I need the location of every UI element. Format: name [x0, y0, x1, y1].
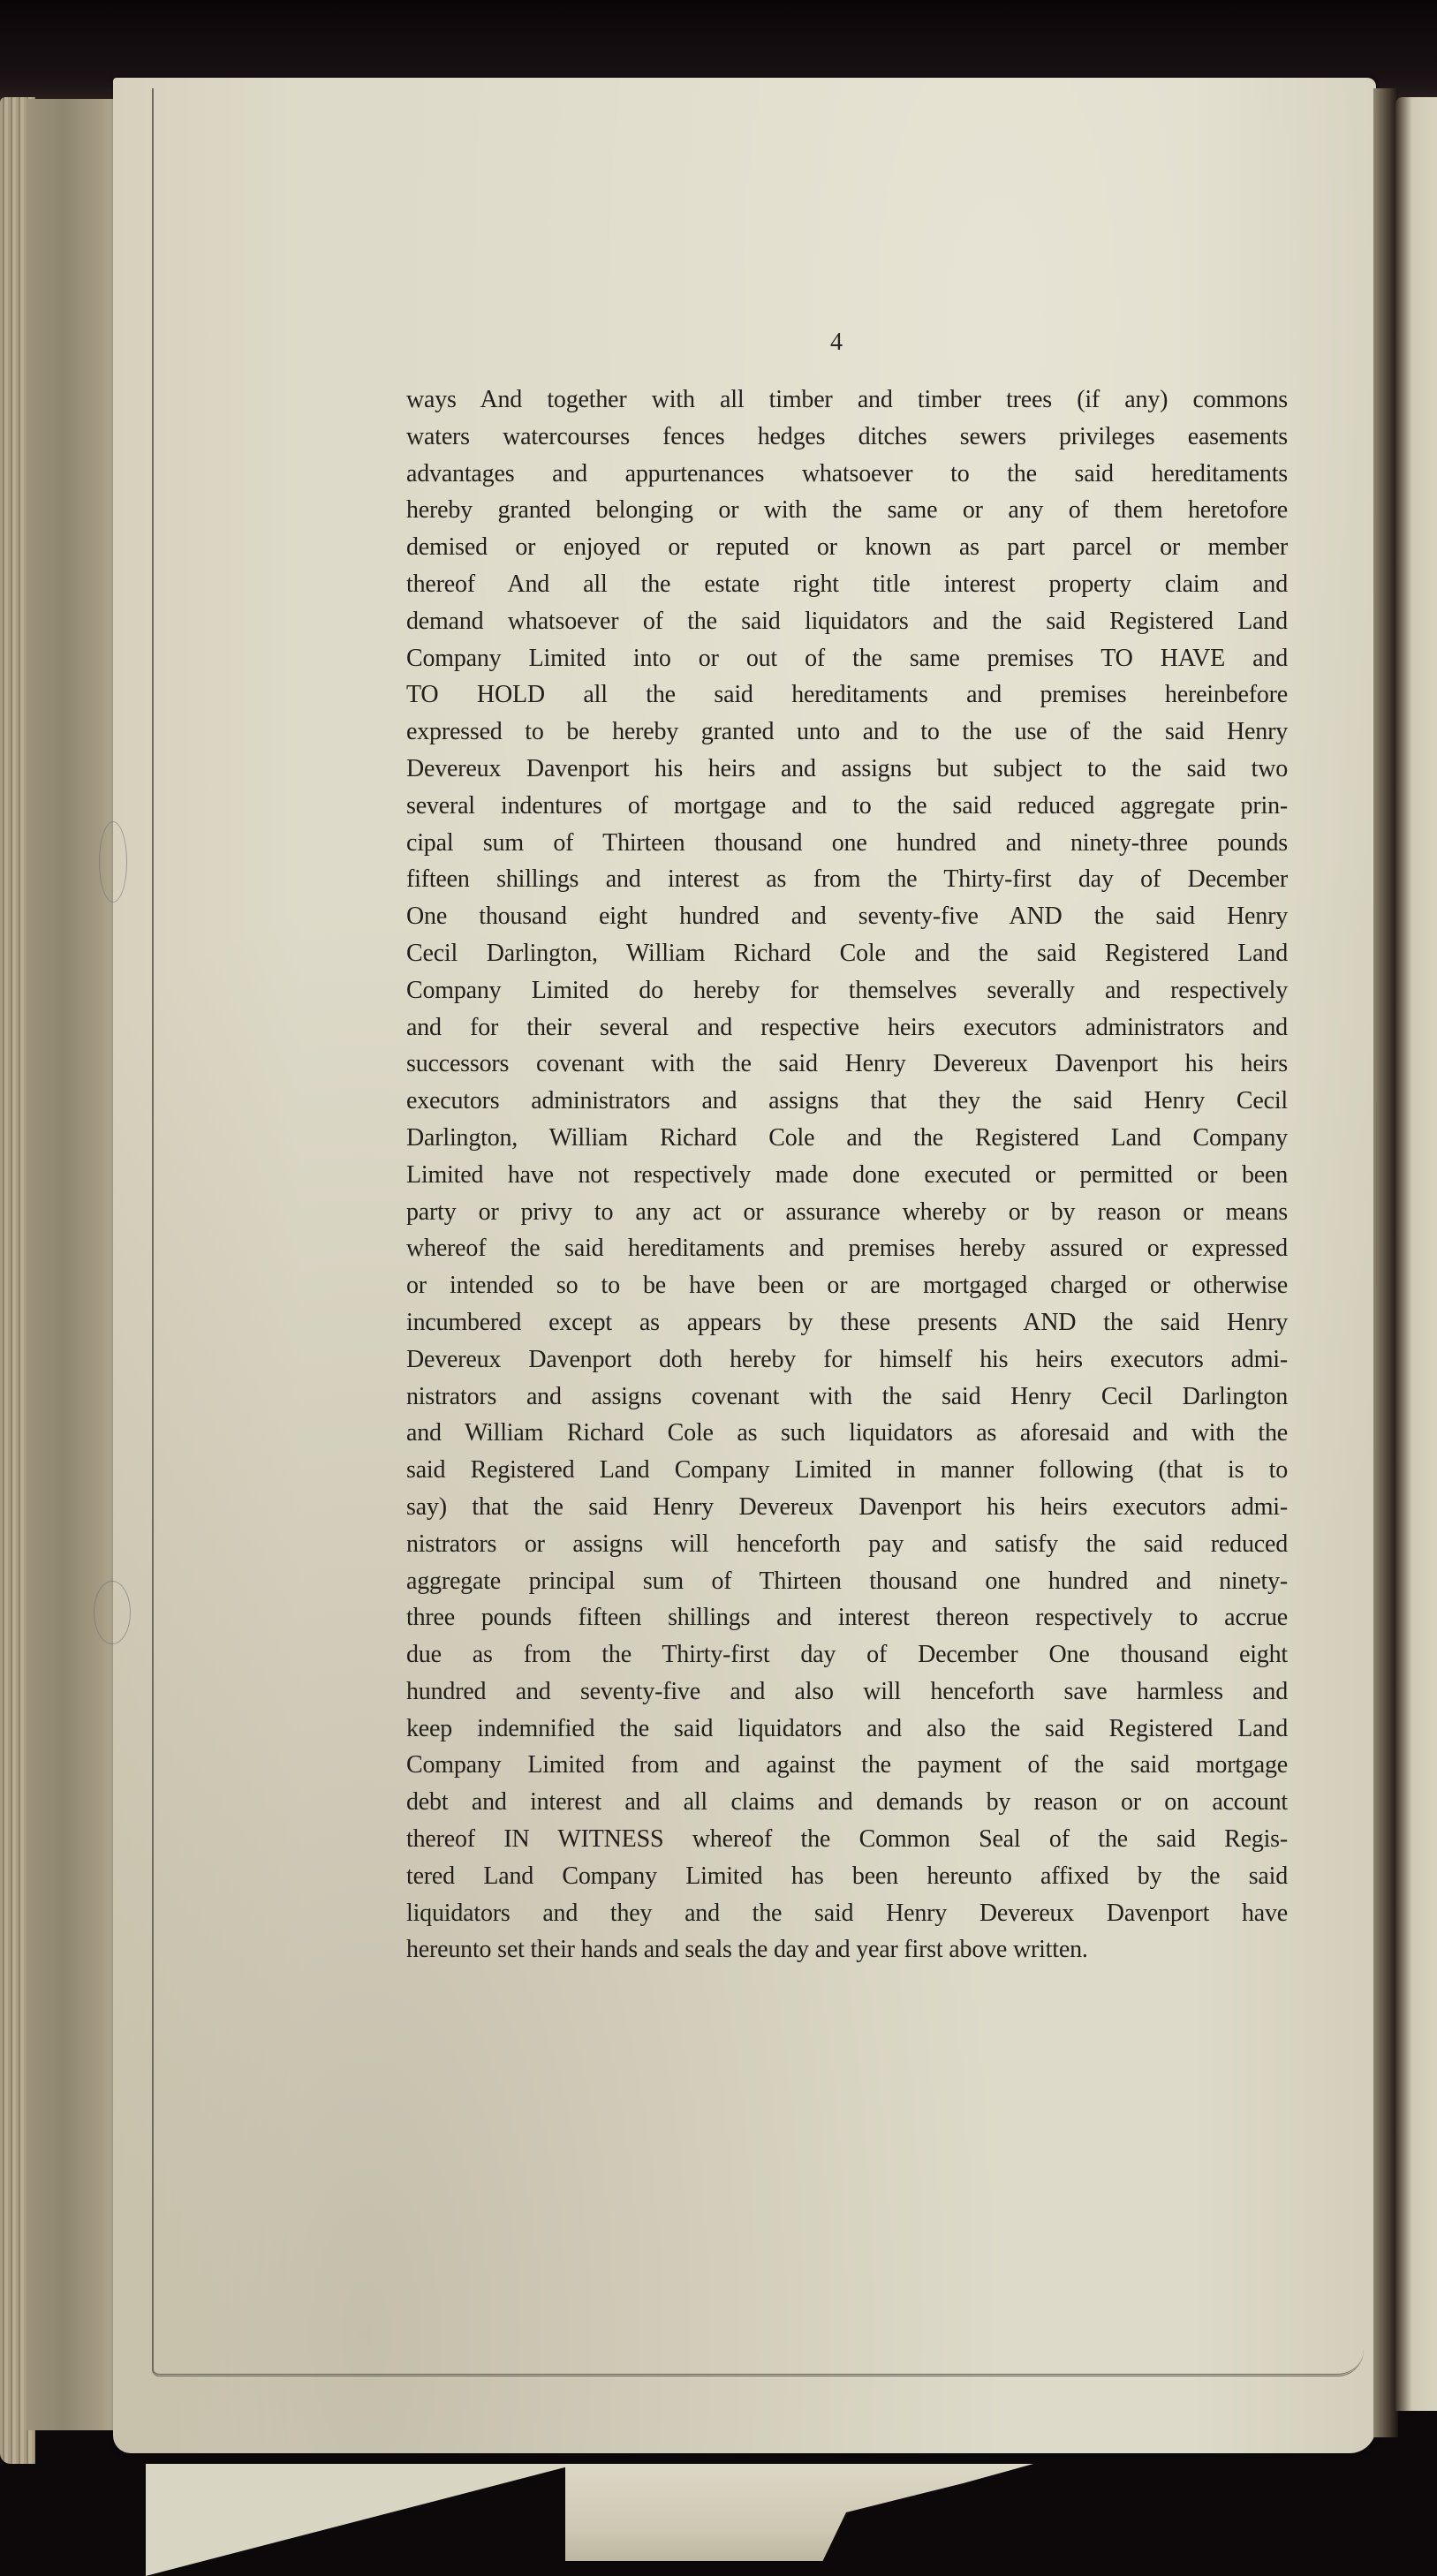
text-line: aggregate principal sum of Thirteen thou…	[406, 1563, 1288, 1600]
text-line: three pounds fifteen shillings and inter…	[406, 1599, 1288, 1636]
text-line: demised or enjoyed or reputed or known a…	[406, 529, 1288, 566]
text-line: successors covenant with the said Henry …	[406, 1046, 1288, 1083]
text-line: liquidators and they and the said Henry …	[406, 1895, 1288, 1932]
text-line: advantages and appurtenances whatsoever …	[406, 456, 1288, 493]
gutter-stain	[26, 99, 119, 2430]
page-number: 4	[830, 329, 843, 357]
text-line: Limited have not respectively made done …	[406, 1157, 1288, 1194]
text-line: cipal sum of Thirteen thousand one hundr…	[406, 825, 1288, 862]
text-line: Devereux Davenport doth hereby for himse…	[406, 1341, 1288, 1379]
text-line: keep indemnified the said liquidators an…	[406, 1711, 1288, 1748]
text-line: executors administrators and assigns tha…	[406, 1083, 1288, 1120]
text-line: One thousand eight hundred and seventy-f…	[406, 898, 1288, 935]
text-line: and William Richard Cole as such liquida…	[406, 1415, 1288, 1452]
text-line: said Registered Land Company Limited in …	[406, 1452, 1288, 1489]
text-line: fifteen shillings and interest as from t…	[406, 861, 1288, 898]
text-line: hereunto set their hands and seals the d…	[406, 1931, 1288, 1968]
text-line: tered Land Company Limited has been here…	[406, 1858, 1288, 1895]
paper-tab-middle	[565, 2464, 1033, 2561]
text-line: waters watercourses fences hedges ditche…	[406, 419, 1288, 456]
paper-tab-left	[146, 2464, 579, 2576]
adjacent-page-edge	[1395, 97, 1437, 2411]
text-line: party or privy to any act or assurance w…	[406, 1194, 1288, 1231]
text-line: debt and interest and all claims and dem…	[406, 1784, 1288, 1821]
text-line: Darlington, William Richard Cole and the…	[406, 1120, 1288, 1157]
spine-shadow	[1373, 88, 1398, 2437]
text-line: whereof the said hereditaments and premi…	[406, 1230, 1288, 1267]
text-line: hereby granted belonging or with the sam…	[406, 492, 1288, 529]
deed-body-text: ways And together with all timber and ti…	[406, 381, 1288, 1968]
text-line: due as from the Thirty-first day of Dece…	[406, 1636, 1288, 1673]
text-line: Company Limited do hereby for themselves…	[406, 972, 1288, 1009]
text-line: Cecil Darlington, William Richard Cole a…	[406, 935, 1288, 972]
text-line: say) that the said Henry Devereux Davenp…	[406, 1489, 1288, 1526]
text-line: Company Limited into or out of the same …	[406, 640, 1288, 677]
text-line: expressed to be hereby granted unto and …	[406, 714, 1288, 751]
text-line: demand whatsoever of the said liquidator…	[406, 603, 1288, 640]
text-line: and for their several and respective hei…	[406, 1009, 1288, 1046]
text-line: incumbered except as appears by these pr…	[406, 1304, 1288, 1341]
text-line: TO HOLD all the said hereditaments and p…	[406, 676, 1288, 714]
pencil-mark-upper	[99, 821, 127, 903]
text-line: several indentures of mortgage and to th…	[406, 788, 1288, 825]
text-line: or intended so to be have been or are mo…	[406, 1267, 1288, 1304]
text-line: thereof And all the estate right title i…	[406, 566, 1288, 603]
text-line: Company Limited from and against the pay…	[406, 1747, 1288, 1784]
pencil-mark-lower	[94, 1581, 131, 1644]
text-line: hundred and seventy-five and also will h…	[406, 1673, 1288, 1711]
text-line: ways And together with all timber and ti…	[406, 381, 1288, 419]
text-line: Devereux Davenport his heirs and assigns…	[406, 751, 1288, 788]
text-line: nistrators and assigns covenant with the…	[406, 1379, 1288, 1416]
text-line: nistrators or assigns will henceforth pa…	[406, 1526, 1288, 1563]
text-line: thereof IN WITNESS whereof the Common Se…	[406, 1821, 1288, 1858]
